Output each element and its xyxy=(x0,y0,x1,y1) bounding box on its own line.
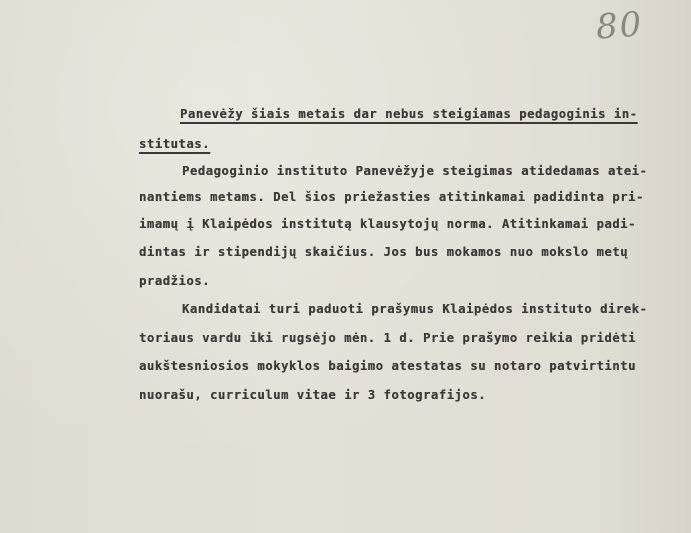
paragraph-1-line-2: nantiems metams. Del šios priežasties at… xyxy=(139,190,644,204)
paragraph-1-line-1: Pedagoginio instituto Panevėžyje steigim… xyxy=(182,164,647,178)
title-line-1: Panevėžy šiais metais dar nebus steigiam… xyxy=(180,107,637,121)
paragraph-1-line-4: dintas ir stipendijų skaičius. Jos bus m… xyxy=(139,245,628,259)
handwritten-page-number: 80 xyxy=(595,4,645,47)
title-line-2: stitutas. xyxy=(139,137,210,151)
paragraph-2-line-3: aukštesniosios mokyklos baigimo atestata… xyxy=(139,359,636,373)
paragraph-2-line-4: nuorašu, curriculum vitae ir 3 fotografi… xyxy=(139,388,486,402)
scanned-page: 80 Panevėžy šiais metais dar nebus steig… xyxy=(0,0,691,533)
paragraph-1-line-5: pradžios. xyxy=(139,274,210,288)
paragraph-2-line-2: toriaus vardu iki rugsėjo mėn. 1 d. Prie… xyxy=(139,331,636,345)
paragraph-1-line-3: imamų į Klaipėdos institutą klausytojų n… xyxy=(139,217,636,231)
paragraph-2-line-1: Kandidatai turi paduoti prašymus Klaipėd… xyxy=(182,302,647,316)
